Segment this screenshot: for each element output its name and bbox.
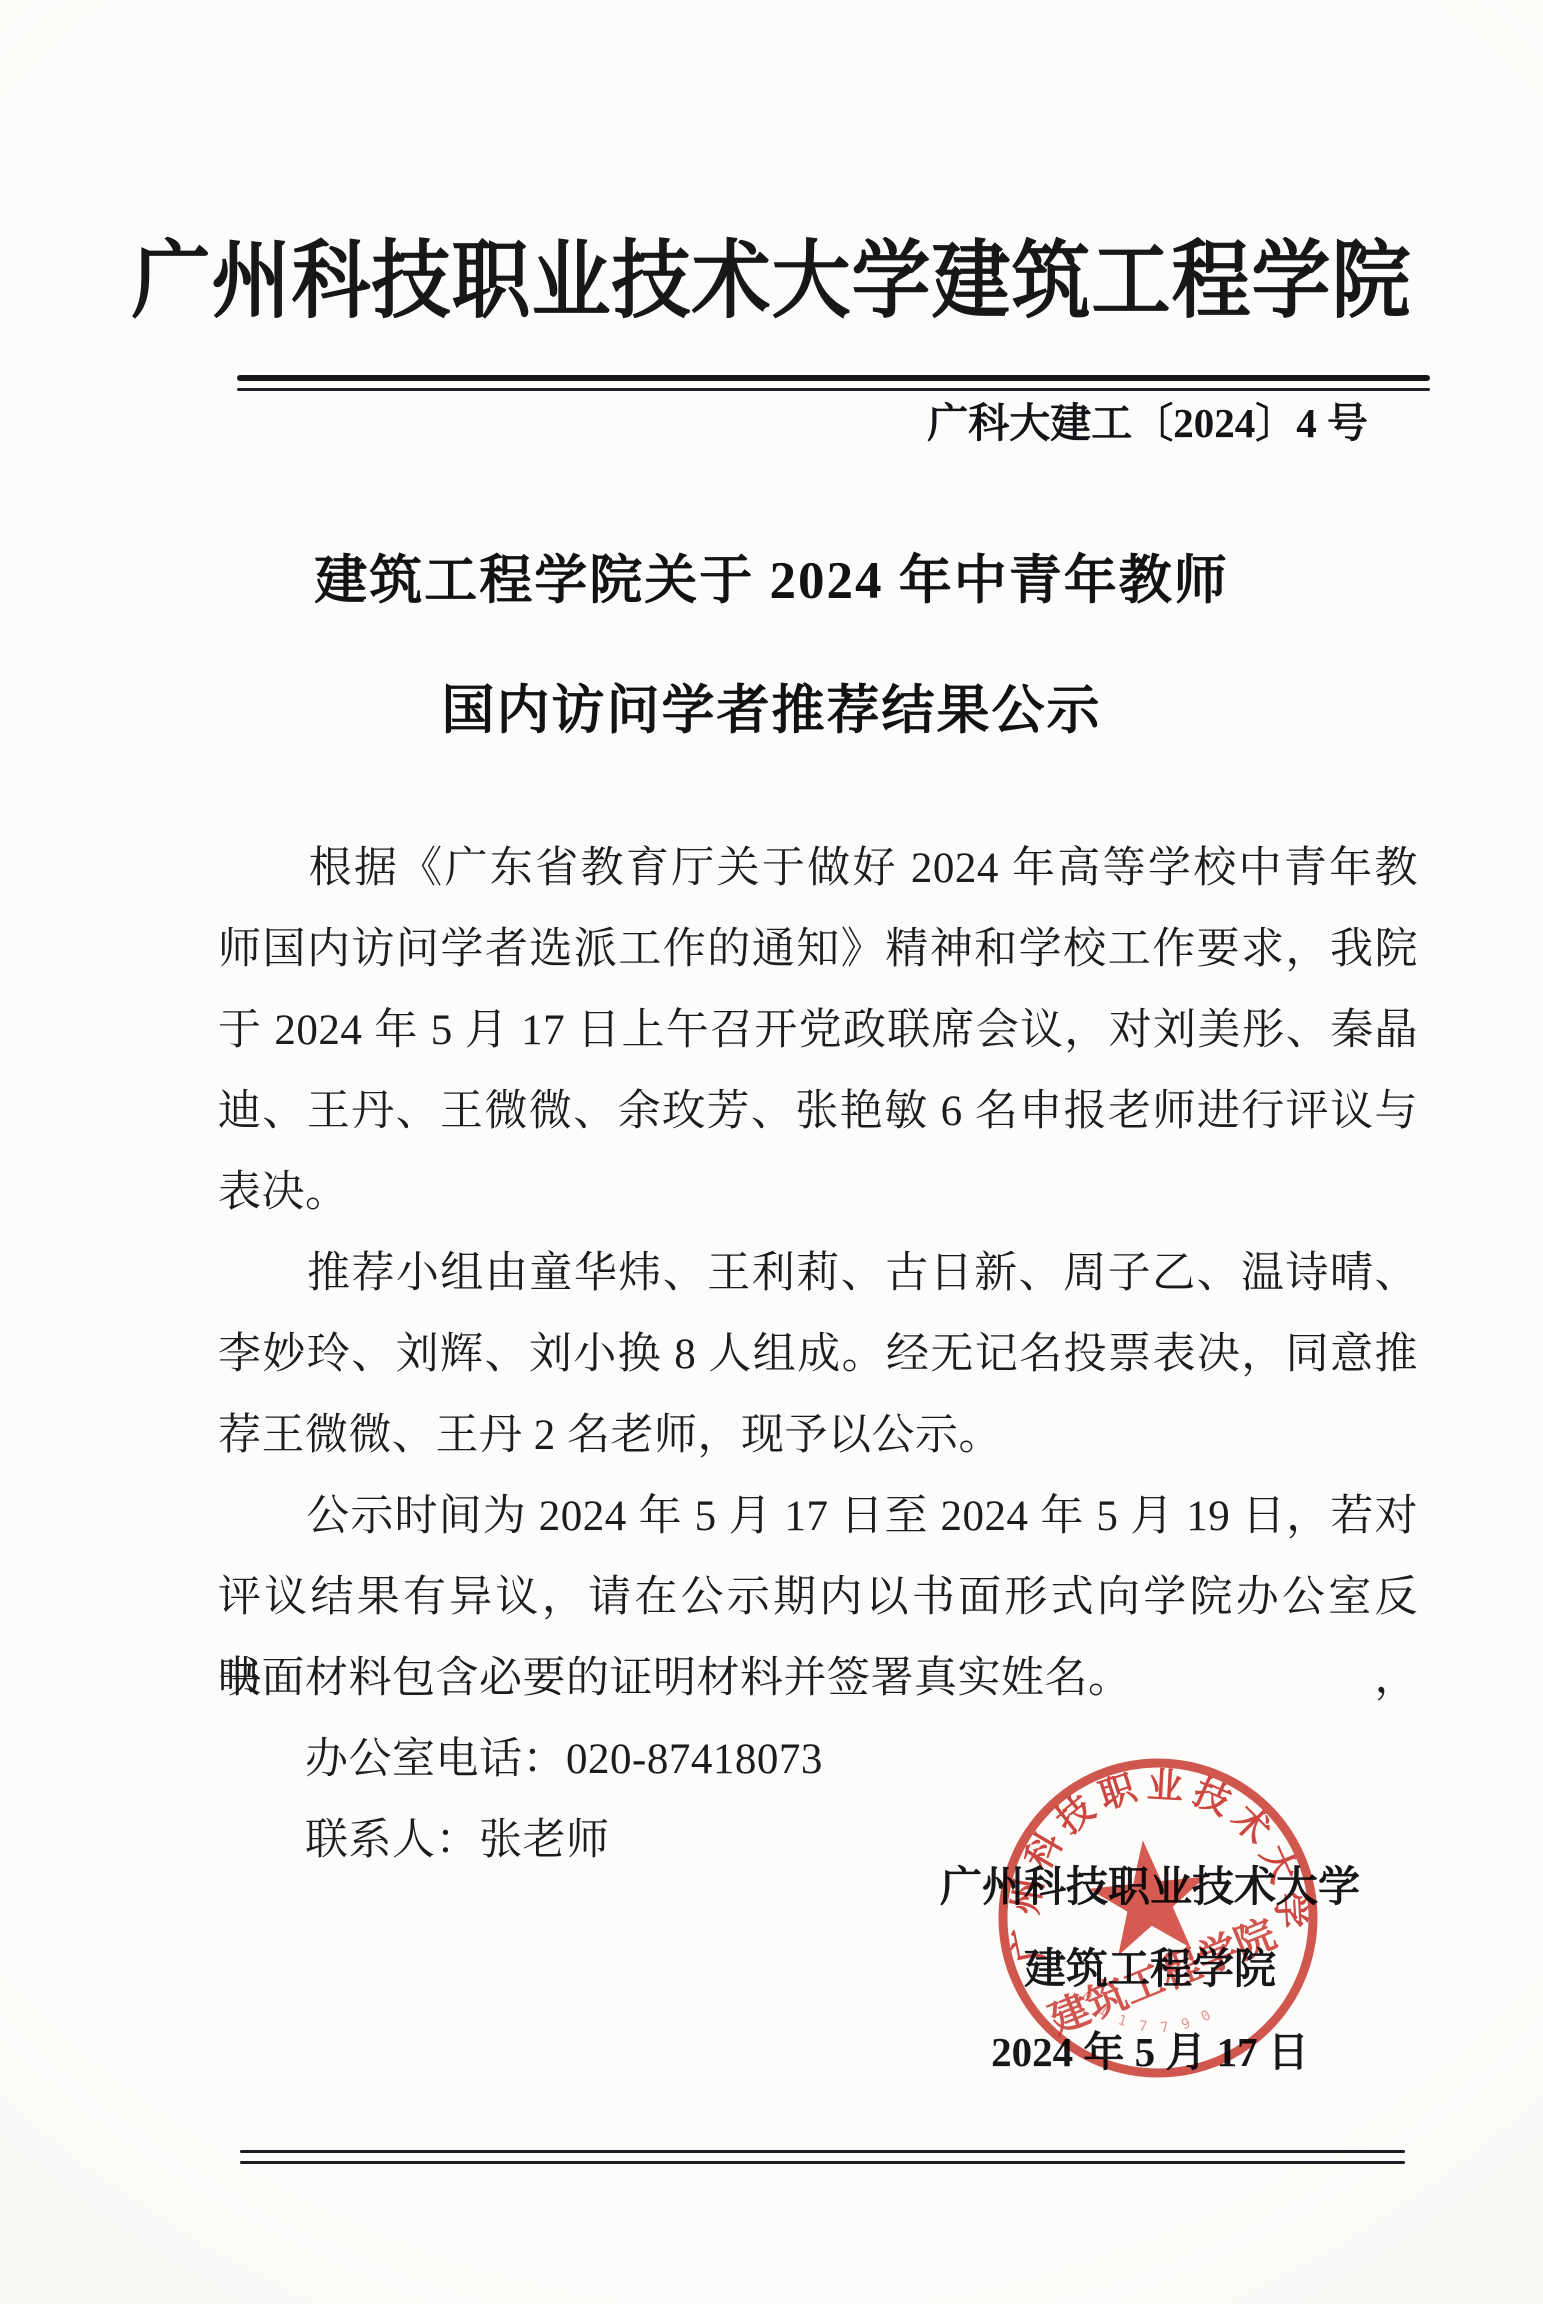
body-line: 师国内访问学者选派工作的通知》精神和学校工作要求，我院 bbox=[218, 909, 1418, 990]
notice-title: 建筑工程学院关于 2024 年中青年教师 国内访问学者推荐结果公示 bbox=[174, 516, 1369, 776]
body-line: 公示时间为 2024 年 5 月 17 日至 2024 年 5 月 19 日，若… bbox=[218, 1476, 1418, 1557]
body-line: 评议结果有异议，请在公示期内以书面形式向学院办公室反映， bbox=[218, 1557, 1418, 1638]
body-line: 于 2024 年 5 月 17 日上午召开党政联席会议，对刘美彤、秦晶 bbox=[218, 990, 1418, 1071]
official-seal: 广州科技职业技术大学 建筑工程学院 0117790 bbox=[949, 1709, 1367, 2127]
footer-divider-line1 bbox=[240, 2150, 1405, 2153]
body-line: 荐王微微、王丹 2 名老师，现予以公示。 bbox=[218, 1395, 1418, 1476]
body-line: 表决。 bbox=[218, 1152, 1418, 1233]
header-divider bbox=[237, 375, 1430, 395]
body-line: 根据《广东省教育厅关于做好 2024 年高等学校中青年教 bbox=[218, 828, 1418, 909]
document-number: 广科大建工〔2024〕4 号 bbox=[225, 394, 1420, 452]
notice-title-line1: 建筑工程学院关于 2024 年中青年教师 bbox=[174, 516, 1369, 646]
body-line: 推荐小组由童华炜、王利莉、古日新、周子乙、温诗晴、 bbox=[218, 1233, 1418, 1314]
divider-thin-line bbox=[237, 388, 1430, 391]
divider-thick-line bbox=[237, 375, 1430, 381]
document-page: 广州科技职业技术大学建筑工程学院 广科大建工〔2024〕4 号 建筑工程学院关于… bbox=[0, 0, 1543, 2304]
body-line: 迪、王丹、王微微、余玫芳、张艳敏 6 名申报老师进行评议与 bbox=[218, 1071, 1418, 1152]
issuer-header: 广州科技职业技术大学建筑工程学院 bbox=[0, 219, 1543, 346]
footer-divider bbox=[240, 2150, 1405, 2166]
footer-divider-line2 bbox=[240, 2161, 1405, 2164]
notice-title-line2: 国内访问学者推荐结果公示 bbox=[174, 646, 1369, 776]
body-line: 李妙玲、刘辉、刘小换 8 人组成。经无记名投票表决，同意推 bbox=[218, 1314, 1418, 1395]
